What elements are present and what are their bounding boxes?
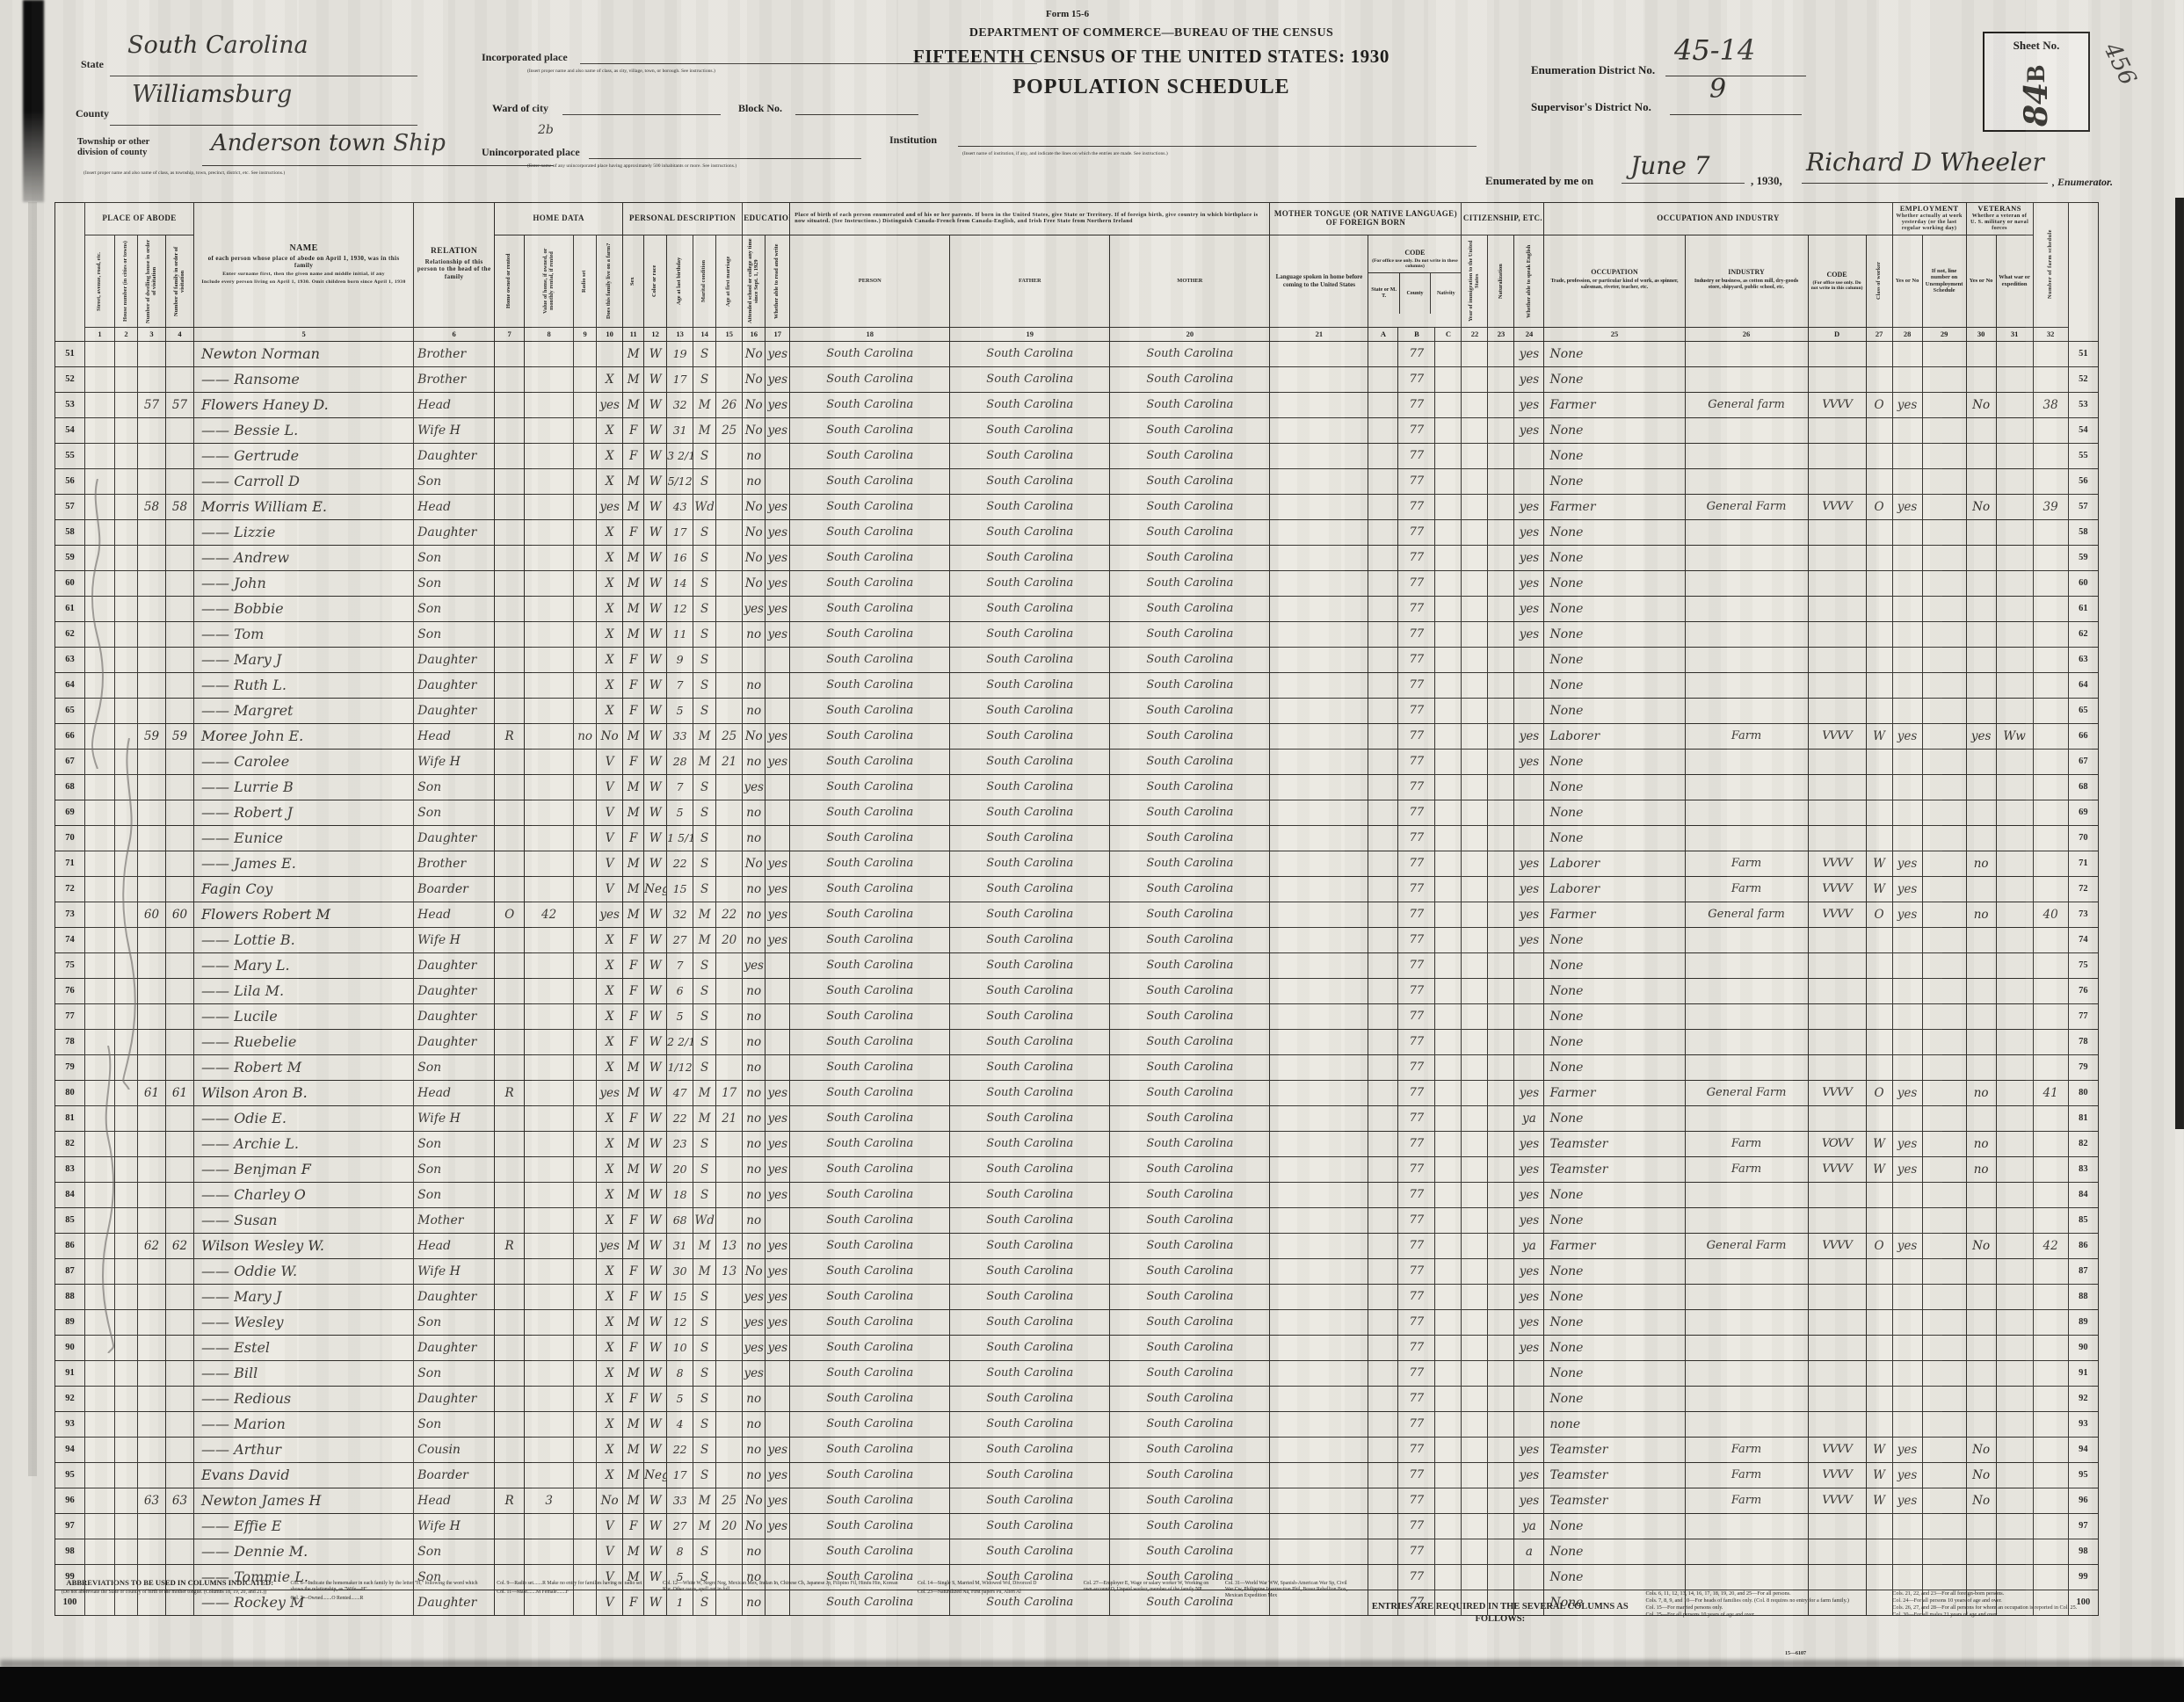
marital-condition: S xyxy=(693,1462,716,1488)
naturalization xyxy=(1488,1335,1514,1360)
person-name: —— Lottie B. xyxy=(194,927,414,952)
home-owned-or-rented xyxy=(495,672,525,698)
home-value xyxy=(525,978,574,1003)
unemployment-schedule-line xyxy=(1922,1513,1966,1539)
unemployment-schedule-line xyxy=(1922,1233,1966,1258)
sex: F xyxy=(623,1029,644,1054)
color-or-race: W xyxy=(644,1207,667,1233)
code-c xyxy=(1435,341,1462,366)
immigration-year xyxy=(1462,443,1488,468)
occupation: None xyxy=(1544,927,1685,952)
dwelling-number xyxy=(138,1105,166,1131)
occupation: Laborer xyxy=(1544,851,1685,876)
speaks-english: yes xyxy=(1514,1207,1544,1233)
birthplace-person: South Carolina xyxy=(790,1309,950,1335)
line-number-left: 51 xyxy=(55,341,85,366)
birthplace-mother: South Carolina xyxy=(1110,1386,1270,1411)
sex: M xyxy=(623,774,644,800)
relation: Son xyxy=(414,1411,495,1437)
age: 31 xyxy=(667,1233,693,1258)
column-number: 21 xyxy=(1270,327,1368,341)
immigration-year xyxy=(1462,698,1488,723)
occupation-code xyxy=(1808,1182,1866,1207)
relation: Wife H xyxy=(414,417,495,443)
occupation-code xyxy=(1808,927,1866,952)
street-avenue xyxy=(85,1488,115,1513)
birthplace-father: South Carolina xyxy=(950,851,1110,876)
color-or-race: W xyxy=(644,1437,667,1462)
column-number-row: 123456789101112131415161718192021ABC2223… xyxy=(55,327,2099,341)
marital-condition: M xyxy=(693,1488,716,1513)
veteran: No xyxy=(1966,1437,1996,1462)
line-number-header-right xyxy=(2068,203,2098,342)
dwelling-number xyxy=(138,519,166,545)
home-value xyxy=(525,1360,574,1386)
home-value xyxy=(525,1207,574,1233)
sex: M xyxy=(623,596,644,621)
immigration-year xyxy=(1462,825,1488,851)
sex: F xyxy=(623,519,644,545)
immigration-year xyxy=(1462,1258,1488,1284)
home-owned-or-rented xyxy=(495,749,525,774)
birthplace-mother: South Carolina xyxy=(1110,800,1270,825)
naturalization xyxy=(1488,774,1514,800)
code-b: 77 xyxy=(1398,1105,1435,1131)
speaks-english: yes xyxy=(1514,1080,1544,1105)
relation: Son xyxy=(414,774,495,800)
farm-schedule-number xyxy=(2033,851,2068,876)
unemployment-schedule-line xyxy=(1922,672,1966,698)
farm-schedule-number xyxy=(2033,825,2068,851)
header-code-c: Nativity xyxy=(1430,273,1461,314)
code-b: 77 xyxy=(1398,1080,1435,1105)
veteran xyxy=(1966,876,1996,902)
code-c xyxy=(1435,1003,1462,1029)
veteran: No xyxy=(1966,1233,1996,1258)
veteran xyxy=(1966,1360,1996,1386)
code-b: 77 xyxy=(1398,1360,1435,1386)
unemployment-schedule-line xyxy=(1922,851,1966,876)
age: 6 xyxy=(667,978,693,1003)
naturalization xyxy=(1488,1539,1514,1564)
speaks-english: yes xyxy=(1514,902,1544,927)
color-or-race: W xyxy=(644,927,667,952)
sheet-number-value: 84B xyxy=(2020,53,2054,139)
relation: Son xyxy=(414,1156,495,1182)
occupation-code: VVVV xyxy=(1808,1233,1866,1258)
birthplace-father: South Carolina xyxy=(950,1207,1110,1233)
attended-school: no xyxy=(743,1207,765,1233)
home-owned-or-rented xyxy=(495,1207,525,1233)
line-number-right: 78 xyxy=(2068,1029,2098,1054)
family-number xyxy=(166,1284,194,1309)
code-c xyxy=(1435,1386,1462,1411)
speaks-english xyxy=(1514,647,1544,672)
birthplace-father: South Carolina xyxy=(950,392,1110,417)
industry xyxy=(1685,341,1808,366)
farm-schedule-number xyxy=(2033,1513,2068,1539)
speaks-english: yes xyxy=(1514,392,1544,417)
column-number: 26 xyxy=(1685,327,1808,341)
dwelling-number xyxy=(138,443,166,468)
person-name: Fagin Coy xyxy=(194,876,414,902)
color-or-race: W xyxy=(644,1335,667,1360)
radio-set xyxy=(574,1080,597,1105)
person-name: —— Ruth L. xyxy=(194,672,414,698)
occupation-code xyxy=(1808,1003,1866,1029)
person-name: —— Effie E xyxy=(194,1513,414,1539)
farm-schedule-number xyxy=(2033,647,2068,672)
lives-on-farm: V xyxy=(597,749,623,774)
occupation: None xyxy=(1544,1105,1685,1131)
age: 1/12 xyxy=(667,1054,693,1080)
dwelling-number xyxy=(138,621,166,647)
birthplace-person: South Carolina xyxy=(790,1411,950,1437)
worked-yesterday xyxy=(1892,800,1922,825)
war-or-expedition xyxy=(1996,570,2033,596)
occupation: Laborer xyxy=(1544,876,1685,902)
code-b: 77 xyxy=(1398,825,1435,851)
home-value xyxy=(525,1054,574,1080)
birthplace-mother: South Carolina xyxy=(1110,927,1270,952)
war-or-expedition xyxy=(1996,672,2033,698)
industry xyxy=(1685,672,1808,698)
line-number-right: 54 xyxy=(2068,417,2098,443)
war-or-expedition xyxy=(1996,952,2033,978)
street-avenue xyxy=(85,902,115,927)
industry xyxy=(1685,978,1808,1003)
sex: M xyxy=(623,1437,644,1462)
family-number xyxy=(166,749,194,774)
header-family-number: Number of family in order of visitation xyxy=(166,235,194,327)
birthplace-father: South Carolina xyxy=(950,1462,1110,1488)
family-number xyxy=(166,570,194,596)
home-owned-or-rented xyxy=(495,1462,525,1488)
attended-school: no xyxy=(743,1029,765,1054)
dwelling-number xyxy=(138,1462,166,1488)
home-owned-or-rented xyxy=(495,1513,525,1539)
lives-on-farm: X xyxy=(597,570,623,596)
immigration-year xyxy=(1462,570,1488,596)
speaks-english: yes xyxy=(1514,341,1544,366)
occupation: None xyxy=(1544,570,1685,596)
occupation-code xyxy=(1808,1360,1866,1386)
birthplace-person: South Carolina xyxy=(790,1258,950,1284)
color-or-race: W xyxy=(644,952,667,978)
birthplace-person: South Carolina xyxy=(790,1233,950,1258)
line-number-left: 63 xyxy=(55,647,85,672)
column-number: 24 xyxy=(1514,327,1544,341)
dwelling-number xyxy=(138,672,166,698)
unemployment-schedule-line xyxy=(1922,494,1966,519)
age: 15 xyxy=(667,1284,693,1309)
mother-tongue xyxy=(1270,1284,1368,1309)
industry xyxy=(1685,366,1808,392)
war-or-expedition xyxy=(1996,1233,2033,1258)
house-number xyxy=(115,672,138,698)
line-number-right: 56 xyxy=(2068,468,2098,494)
marital-condition: S xyxy=(693,1131,716,1156)
line-number-left: 65 xyxy=(55,698,85,723)
industry: General Farm xyxy=(1685,1233,1808,1258)
birthplace-father: South Carolina xyxy=(950,876,1110,902)
house-number xyxy=(115,1488,138,1513)
institution-line xyxy=(958,146,1477,147)
marital-condition: S xyxy=(693,468,716,494)
code-b: 77 xyxy=(1398,1156,1435,1182)
attended-school: No xyxy=(743,851,765,876)
person-name: —— Estel xyxy=(194,1335,414,1360)
institution-label: Institution xyxy=(889,134,937,147)
person-name: Wilson Wesley W. xyxy=(194,1233,414,1258)
relation: Daughter xyxy=(414,672,495,698)
header-place-of-birth: Place of birth of each person enumerated… xyxy=(790,203,1270,235)
class-of-worker: W xyxy=(1866,723,1892,749)
home-owned-or-rented xyxy=(495,876,525,902)
attended-school: No xyxy=(743,519,765,545)
industry: Farm xyxy=(1685,1437,1808,1462)
line-number-left: 96 xyxy=(55,1488,85,1513)
immigration-year xyxy=(1462,672,1488,698)
home-value xyxy=(525,698,574,723)
home-value xyxy=(525,392,574,417)
header-age: Age at last birthday xyxy=(667,235,693,327)
farm-schedule-number xyxy=(2033,1003,2068,1029)
family-number xyxy=(166,1131,194,1156)
line-number-left: 61 xyxy=(55,596,85,621)
code-b: 77 xyxy=(1398,1437,1435,1462)
family-number xyxy=(166,1386,194,1411)
able-to-read-write: yes xyxy=(765,570,790,596)
code-c xyxy=(1435,876,1462,902)
age: 11 xyxy=(667,621,693,647)
worked-yesterday xyxy=(1892,596,1922,621)
occupation-code xyxy=(1808,468,1866,494)
abbrev-col9: Col. 9—Radio set.......R Make no entry f… xyxy=(497,1578,650,1596)
age: 27 xyxy=(667,927,693,952)
person-name: —— Robert J xyxy=(194,800,414,825)
birthplace-father: South Carolina xyxy=(950,800,1110,825)
worked-yesterday: yes xyxy=(1892,876,1922,902)
birthplace-person: South Carolina xyxy=(790,621,950,647)
marital-condition: M xyxy=(693,1513,716,1539)
naturalization xyxy=(1488,876,1514,902)
attended-school: no xyxy=(743,1080,765,1105)
street-avenue xyxy=(85,1462,115,1488)
industry xyxy=(1685,1258,1808,1284)
immigration-year xyxy=(1462,1437,1488,1462)
occupation-code xyxy=(1808,800,1866,825)
mother-tongue xyxy=(1270,1233,1368,1258)
attended-school: yes xyxy=(743,1309,765,1335)
birthplace-person: South Carolina xyxy=(790,570,950,596)
farm-schedule-number: 41 xyxy=(2033,1080,2068,1105)
header-code-b: County xyxy=(1399,273,1430,314)
able-to-read-write xyxy=(765,1029,790,1054)
page-header: Form 15-6 DEPARTMENT OF COMMERCE—BUREAU … xyxy=(0,0,2184,204)
farm-schedule-number xyxy=(2033,876,2068,902)
war-or-expedition xyxy=(1996,494,2033,519)
header-name: NAME of each person whose place of abode… xyxy=(194,203,414,328)
unemployment-schedule-line xyxy=(1922,825,1966,851)
home-value xyxy=(525,366,574,392)
column-number: 11 xyxy=(623,327,644,341)
person-name: Wilson Aron B. xyxy=(194,1080,414,1105)
immigration-year xyxy=(1462,417,1488,443)
age-at-first-marriage xyxy=(716,341,743,366)
home-value xyxy=(525,800,574,825)
column-number: 1 xyxy=(85,327,115,341)
radio-set xyxy=(574,341,597,366)
relation: Wife H xyxy=(414,1513,495,1539)
birthplace-person: South Carolina xyxy=(790,1003,950,1029)
street-avenue xyxy=(85,1003,115,1029)
age: 19 xyxy=(667,341,693,366)
worked-yesterday xyxy=(1892,647,1922,672)
occupation: None xyxy=(1544,417,1685,443)
speaks-english: yes xyxy=(1514,417,1544,443)
age-at-first-marriage: 17 xyxy=(716,1080,743,1105)
birthplace-person: South Carolina xyxy=(790,1029,950,1054)
color-or-race: W xyxy=(644,1105,667,1131)
home-value xyxy=(525,1437,574,1462)
attended-school: no xyxy=(743,1437,765,1462)
home-owned-or-rented xyxy=(495,545,525,570)
scan-right-strip xyxy=(2175,198,2184,1129)
radio-set xyxy=(574,621,597,647)
code-a xyxy=(1368,1539,1398,1564)
sex: M xyxy=(623,851,644,876)
veteran: no xyxy=(1966,902,1996,927)
enumeration-district-value: 45-14 xyxy=(1674,33,1755,67)
line-number-left: 72 xyxy=(55,876,85,902)
street-avenue xyxy=(85,341,115,366)
occupation: Farmer xyxy=(1544,1233,1685,1258)
code-c xyxy=(1435,1437,1462,1462)
birthplace-mother: South Carolina xyxy=(1110,1258,1270,1284)
farm-schedule-number xyxy=(2033,749,2068,774)
industry xyxy=(1685,468,1808,494)
class-of-worker xyxy=(1866,672,1892,698)
code-b: 77 xyxy=(1398,417,1435,443)
unemployment-schedule-line xyxy=(1922,417,1966,443)
home-value xyxy=(525,952,574,978)
birthplace-person: South Carolina xyxy=(790,1105,950,1131)
age: 17 xyxy=(667,1462,693,1488)
lives-on-farm: X xyxy=(597,1360,623,1386)
age: 5 xyxy=(667,698,693,723)
code-a xyxy=(1368,1080,1398,1105)
age-at-first-marriage xyxy=(716,1131,743,1156)
census-title: FIFTEENTH CENSUS OF THE UNITED STATES: 1… xyxy=(800,46,1503,68)
farm-schedule-number xyxy=(2033,1284,2068,1309)
color-or-race: W xyxy=(644,1080,667,1105)
birthplace-person: South Carolina xyxy=(790,417,950,443)
marital-condition: S xyxy=(693,1437,716,1462)
naturalization xyxy=(1488,1488,1514,1513)
home-value xyxy=(525,825,574,851)
state-value: South Carolina xyxy=(127,32,308,59)
marital-condition: S xyxy=(693,978,716,1003)
worked-yesterday xyxy=(1892,774,1922,800)
line-number-left: 90 xyxy=(55,1335,85,1360)
speaks-english: yes xyxy=(1514,1131,1544,1156)
table-row: 84—— Charley OSonXMW18SnoyesSouth Caroli… xyxy=(55,1182,2099,1207)
immigration-year xyxy=(1462,621,1488,647)
war-or-expedition xyxy=(1996,519,2033,545)
immigration-year xyxy=(1462,1360,1488,1386)
birthplace-mother: South Carolina xyxy=(1110,1105,1270,1131)
column-number: 28 xyxy=(1892,327,1922,341)
war-or-expedition xyxy=(1996,800,2033,825)
immigration-year xyxy=(1462,1156,1488,1182)
naturalization xyxy=(1488,927,1514,952)
able-to-read-write: yes xyxy=(765,1284,790,1309)
naturalization xyxy=(1488,1054,1514,1080)
occupation: None xyxy=(1544,1207,1685,1233)
mother-tongue xyxy=(1270,1207,1368,1233)
marital-condition: S xyxy=(693,825,716,851)
line-number-left: 79 xyxy=(55,1054,85,1080)
occupation: None xyxy=(1544,1539,1685,1564)
table-row: 90—— EstelDaughterXFW10SyesyesSouth Caro… xyxy=(55,1335,2099,1360)
family-number xyxy=(166,1105,194,1131)
color-or-race: W xyxy=(644,1386,667,1411)
family-number xyxy=(166,1539,194,1564)
age-at-first-marriage xyxy=(716,825,743,851)
speaks-english: yes xyxy=(1514,1335,1544,1360)
relation: Head xyxy=(414,1233,495,1258)
sex: F xyxy=(623,825,644,851)
naturalization xyxy=(1488,545,1514,570)
immigration-year xyxy=(1462,1284,1488,1309)
veteran xyxy=(1966,545,1996,570)
mother-tongue xyxy=(1270,545,1368,570)
dwelling-number xyxy=(138,927,166,952)
code-b: 77 xyxy=(1398,494,1435,519)
farm-schedule-number xyxy=(2033,1182,2068,1207)
industry xyxy=(1685,1411,1808,1437)
age: 23 xyxy=(667,1131,693,1156)
header-industry: INDUSTRY Industry or business, as cotton… xyxy=(1685,235,1808,327)
person-name: Flowers Robert M xyxy=(194,902,414,927)
birthplace-person: South Carolina xyxy=(790,851,950,876)
code-b: 77 xyxy=(1398,672,1435,698)
header-veteran-yn: Yes or No xyxy=(1966,235,1996,327)
birthplace-person: South Carolina xyxy=(790,392,950,417)
war-or-expedition xyxy=(1996,1462,2033,1488)
mother-tongue xyxy=(1270,494,1368,519)
immigration-year xyxy=(1462,1029,1488,1054)
occupation-code xyxy=(1808,1258,1866,1284)
line-number-right: 93 xyxy=(2068,1411,2098,1437)
code-b: 77 xyxy=(1398,774,1435,800)
lives-on-farm: V xyxy=(597,876,623,902)
lives-on-farm: X xyxy=(597,1003,623,1029)
occupation-code xyxy=(1808,952,1866,978)
naturalization xyxy=(1488,1437,1514,1462)
table-row: 82—— Archie L.SonXMW23SnoyesSouth Caroli… xyxy=(55,1131,2099,1156)
industry xyxy=(1685,1054,1808,1080)
worked-yesterday xyxy=(1892,1105,1922,1131)
code-c xyxy=(1435,1207,1462,1233)
birthplace-person: South Carolina xyxy=(790,1360,950,1386)
line-number-right: 62 xyxy=(2068,621,2098,647)
abbrev-col6: Col. 6—Indicate the homemaker in each fa… xyxy=(291,1578,485,1601)
code-a xyxy=(1368,1105,1398,1131)
marital-condition: M xyxy=(693,902,716,927)
worked-yesterday xyxy=(1892,1513,1922,1539)
